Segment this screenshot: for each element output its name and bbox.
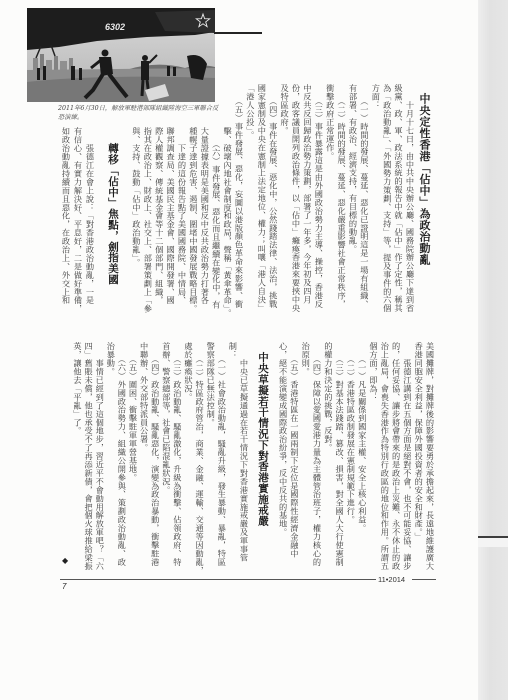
aircraft-number: 6302 [105, 22, 125, 32]
news-photo: 6302 [27, 8, 215, 102]
text-column: 張德江講到在五個方面是絕對不會，也不可能妥協、讓步 [402, 342, 413, 570]
section-heading: 轉移「佔中」焦點，劍指美國 [107, 143, 119, 285]
text-column: （三）對基本法踐踏、篡改、損害，對全國人大行使憲制 [334, 342, 345, 566]
text-column: 級黨、政、軍、政法系統的報告中就「佔中」作了定性，稱其 [393, 84, 404, 312]
text-column: 英，讓他去「平亂」了。 [72, 342, 83, 435]
text-column: 治原則。 [300, 342, 311, 376]
caption-line: 2011年6月30日，解放軍駐港部隊組織陸海空三軍聯合反 [58, 104, 218, 113]
text-column: （四）事件在發展、惡化中，公然踐踏法律、法治，挑戰 [268, 84, 279, 308]
text-column: 首辦、警察總部等，社會已陷混亂狀況。 [161, 342, 172, 494]
text-column: 大量證據表明是美國和反中反共政治勢力打著各 [199, 127, 210, 304]
text-column: （二）特區政府管治，商業、金融、運輸、交通等因動亂， [194, 342, 205, 575]
text-column: 及特區政府。 [279, 84, 290, 135]
photo-caption: 2011年6月30日，解放軍駐港部隊組織陸海空三軍聯合反 恐演練。 [58, 104, 218, 122]
text-column: 衝擊政府正常運作。 [325, 84, 336, 160]
text-column: 際人權觀察、傳統基金會等十二個部門、組織， [154, 127, 165, 304]
text-column: （四）保障以愛國愛港力量為主體管治班子，權力核心的 [312, 342, 323, 566]
text-column: （五）圍困、衝擊駐軍軍營基地。 [128, 342, 139, 482]
text-column: 中聯辦、外交部特派員公署。 [139, 342, 150, 452]
page-gutter [478, 0, 508, 700]
text-column: 處於癱瘓狀況。 [183, 342, 194, 401]
text-column: 十月十七日，由中共中央辦公廳、國務院辦公廳下達到省 [405, 84, 416, 312]
text-column: 為「政治動亂」、「外國勢力策劃、支持」等，提及事件的六個 [382, 84, 393, 312]
text-column: 「港人公投」。 [245, 84, 256, 139]
article-title: 中央定性香港「佔中」為政治動亂 [418, 93, 430, 266]
footer-divider-right [412, 579, 436, 580]
text-column: 聯邦調查局、美國民主基金會、國際開發署、國 [165, 127, 176, 304]
text-column: 治暴動。 [105, 342, 116, 376]
text-column: 警察部隊已無法控制。 [205, 342, 216, 427]
text-column: 張德江在會上說：「對香港政治動亂，一是 [85, 127, 96, 304]
text-column: 下達的這份報告點了美國國務院、中情局、 [177, 127, 188, 304]
text-column: （五）香港特區在一國兩制下定位是國際性經濟金融中 [289, 342, 300, 558]
text-column: 的權力和決定的挑戰，反對。 [323, 342, 334, 452]
text-column: （二）香港特區政制發展在憲制規範下進行。 [345, 342, 356, 524]
text-column: （一）凡是關係到國家主權、安全上核心利益。 [357, 342, 368, 532]
text-column: （六）外國政治勢力、組織公開參與、策劃政治動亂、政 [116, 342, 127, 566]
text-column: （六）事件發展、惡化而且繼續在變化中，有 [211, 127, 222, 309]
text-column: 份，政客議員開列政治條件，以「佔中」癱瘓香港來要挾中央 [291, 84, 302, 312]
text-column: （五）事件發展、惡化，妄圖以港版顏色革命來影響、衝 [234, 84, 245, 308]
text-column: 治上亂局，會喪失香港作為特別行政區的地位和作用。所謂五 [379, 342, 390, 570]
text-column: （三）政治動亂、騷亂激化，升級為衝擊、佔領政府、特 [172, 342, 183, 566]
text-column: 個方面，即為： [368, 342, 379, 401]
rotor-blade [214, 32, 262, 34]
text-column: （二）時間的發展、蔓延、惡化嚴重影響社會正常秩序， [336, 84, 347, 308]
text-column: 制： [227, 342, 238, 359]
section-heading: 中央草擬若干情況下對香港實施戒嚴 [257, 352, 269, 526]
text-column: （一）社會政治動亂，騷亂升級，發生暴動、暴亂，特區 [216, 342, 227, 566]
text-column: （一）時間的發展、蔓延、惡化已證明這是一場有組織、 [359, 84, 370, 308]
text-column: 有部署、有政治、經濟支持，有目標的動亂。 [348, 84, 359, 253]
text-column: 指其在政治上、財政上、社交上、部署策劃上「參 [142, 127, 153, 313]
text-column: 中央已草擬通過在若干情況下對香港實施戒嚴及軍事管 [239, 342, 250, 562]
text-column: 香港同胞安全利益，保障外國投資者的安全和財產。」 [413, 342, 424, 541]
text-column: （三）事件暴露這是由外國政治勢力主導、操控，香港反 [313, 84, 324, 308]
page-number: 7 [62, 582, 66, 591]
text-column: 事情已經到了這個地步，習近平不會動用解放軍吧？「六 [94, 342, 105, 570]
photo-image: 6302 [27, 8, 215, 102]
text-column: 心，絕不能演變成國際政治紛爭，反中反共的基地。 [278, 342, 289, 536]
diamond-end-icon: ◆ [62, 556, 68, 565]
text-column: 美國攤牌，對攤牌後的影響要勇於承擔起來，長遠地維護廣大 [425, 342, 436, 570]
caption-line: 恐演練。 [58, 113, 218, 122]
gutter-edge-band [478, 538, 508, 547]
text-column: 的，任何妥協、讓步將會帶來的是政治上災難、永不休止的政 [391, 342, 402, 570]
text-column: 方面： [370, 84, 381, 109]
text-column: 種幌子達到危害、遏制、圍堵中國發展戰略目標。 [188, 127, 199, 313]
text-column: 有信心、有實力解決好、平息好，二是做好準備， [73, 127, 84, 313]
text-column: 國家憲制及中央在憲制上法定地位、權力；叫嚷「港人自決」 [256, 84, 267, 312]
text-column: 與、支持、鼓動「佔中」政治動亂」。 [131, 127, 142, 267]
issue-label: 11•2014 [378, 575, 405, 584]
text-column: （四）政治動亂、騷亂惡化，演變為政治暴動，衝擊駐港 [150, 342, 161, 566]
text-column: 四」舊賬未償，他也承受不了再添新債，會把個火球推給梁振 [83, 342, 94, 570]
text-column: 擊、破壞內地社會制度和政局，聲稱「黃傘革命」。 [222, 127, 233, 317]
text-column: 如政治動亂持續而且惡化，在政治上、外交上和 [61, 127, 72, 304]
footer-divider [60, 579, 376, 580]
text-column: 中反共反回歸政治勢力策劃，部署了一年多，今年初及四月 [302, 84, 313, 304]
